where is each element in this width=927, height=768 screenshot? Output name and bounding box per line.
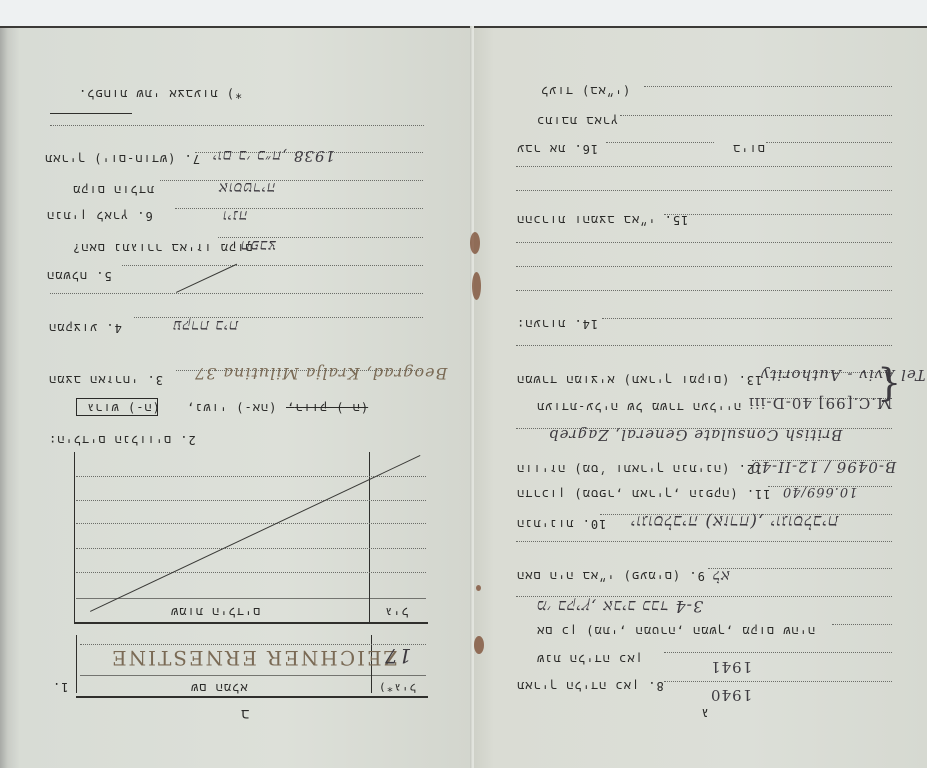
field-12c-value: British Consulate General, Zagreb (548, 426, 842, 444)
marital-option-married: נשוי (-אה), (186, 400, 276, 415)
field-11-value: 10.669/40 (782, 484, 857, 499)
dotted-line (516, 345, 892, 346)
table-rule (76, 598, 426, 599)
table-border (76, 635, 77, 693)
marital-option-single: רווק (-ה), (286, 400, 368, 415)
dotted-line (516, 166, 892, 167)
place-of-birth-value: אוסטריה (218, 178, 276, 197)
table-border (74, 452, 75, 622)
table-row (76, 500, 426, 501)
children-col-name: שמות הילדים (170, 604, 260, 619)
page-marker-left: ב (240, 705, 249, 722)
field-8-value: 1940 (710, 686, 752, 704)
dotted-line (175, 208, 423, 209)
dotted-line (516, 190, 892, 191)
field-3-label: 3. המצב האזרחי (48, 372, 163, 387)
field-8a-value: 1941 (710, 658, 752, 676)
rust-stain (470, 232, 480, 254)
field-13-label: 13. המשרד המוציא (תאריך ומקום) (516, 372, 762, 387)
dotted-line (708, 568, 892, 569)
name-col-name: שם המלא (190, 680, 247, 695)
entry-question-label: האם נתגורר באיזו מקום? (72, 240, 253, 255)
footnote-rule (50, 113, 132, 114)
field-4-label: 4. המקצוע (48, 320, 122, 335)
field-12-value: B-0496 / 12-II-40 (750, 458, 896, 476)
field-16-label: 16. עבר את (516, 141, 598, 156)
table-row (76, 523, 426, 524)
field-14-label: 14. הערות: (516, 316, 598, 331)
footnote: *) לפחות שתי אצבעות. (78, 86, 242, 101)
field-10-value: יוגוסלביה (אזרח), יוגוסלבית (630, 511, 838, 531)
table-rule (76, 696, 428, 698)
entry-question-value: תפבצ (240, 236, 276, 255)
dotted-line (516, 541, 892, 542)
place-of-birth-label: מקום הולדת (72, 182, 154, 197)
field-7-label: 7. תאריך (יום-חודש) (44, 151, 200, 166)
field-16a-label: לעוד (בא״י) (540, 83, 630, 98)
bracket-mark: { (876, 364, 901, 408)
children-col-age: גיל (384, 604, 409, 619)
field-1-label: 1. (52, 680, 68, 694)
field-4-value: עקרת בית (172, 316, 238, 335)
field-7-value: יום ב׳ כ״ח, 1938 (212, 146, 335, 165)
field-15-label: 15. ההכרות והמצב בא״י (516, 212, 688, 227)
dotted-line (644, 86, 892, 87)
field-2-label: 2. הילדים הנלווים: (48, 432, 196, 447)
field-12-label: 12. הוויזה (מס׳ ותאריך הנתינה) (516, 461, 762, 476)
field-12b-label: תעודת-עליה של משרד העלייה (536, 399, 741, 414)
full-name-value: ZEICHNER ERNESTINE (110, 646, 397, 670)
field-9-label: 9. האם היה בא״י (פעמים) (516, 568, 705, 583)
table-row (80, 644, 426, 645)
field-5-label: 5. המשלח (46, 268, 112, 283)
field-12b-value: M.C.[99] 40-D-iii (748, 394, 892, 412)
dotted-line (516, 290, 892, 291)
field-8a-label: שנת הלידה כאן (536, 651, 643, 666)
dotted-line (122, 265, 423, 266)
field-9b-value: 3-4 מ׳ בקיץ, אביב כבד (536, 596, 703, 616)
dotted-line (766, 142, 892, 143)
dotted-line (832, 624, 892, 625)
dotted-line (606, 142, 714, 143)
dotted-line (516, 266, 892, 267)
field-6-label: 6. הנתין לארץ (46, 208, 153, 223)
dotted-line (664, 681, 892, 682)
dotted-line (664, 214, 892, 215)
page-marker-right: ג (700, 705, 709, 720)
dotted-line (602, 318, 892, 319)
table-rule (80, 675, 426, 676)
field-8-label: 8. תאריך הלידה כאן (516, 678, 664, 693)
dotted-line (664, 652, 892, 653)
field-16-date-label: ביום (732, 141, 765, 156)
dotted-line (516, 242, 892, 243)
scanner-background (0, 0, 927, 26)
field-9-value: לא (712, 566, 730, 585)
field-9c-label: אם כן (מתי, המטרה, המשך, מקום שהיה (536, 623, 815, 638)
table-row (76, 548, 426, 549)
rust-stain (472, 272, 481, 300)
field-11-label: 11. הדרכון (מספר, תאריך, הנפקה) (516, 486, 771, 501)
dotted-line (160, 180, 423, 181)
dotted-line (620, 115, 892, 116)
table-rule (74, 622, 428, 624)
field-3-value: Beograd, Kralja Milutina 37 (194, 364, 447, 383)
field-10-label: 10. הנתינות (516, 516, 606, 531)
rust-stain (476, 585, 481, 591)
age-value: 17 (384, 644, 411, 668)
name-col-age: גיל*) (378, 680, 416, 694)
field-6-value: וינה (222, 206, 247, 225)
field-16b-label: כתובת בארץ (536, 113, 618, 128)
marital-selected: גרוש (-ה) (86, 400, 160, 415)
table-row (76, 572, 426, 573)
rust-stain (474, 636, 484, 654)
dotted-line (50, 125, 424, 126)
dotted-line (50, 293, 423, 294)
